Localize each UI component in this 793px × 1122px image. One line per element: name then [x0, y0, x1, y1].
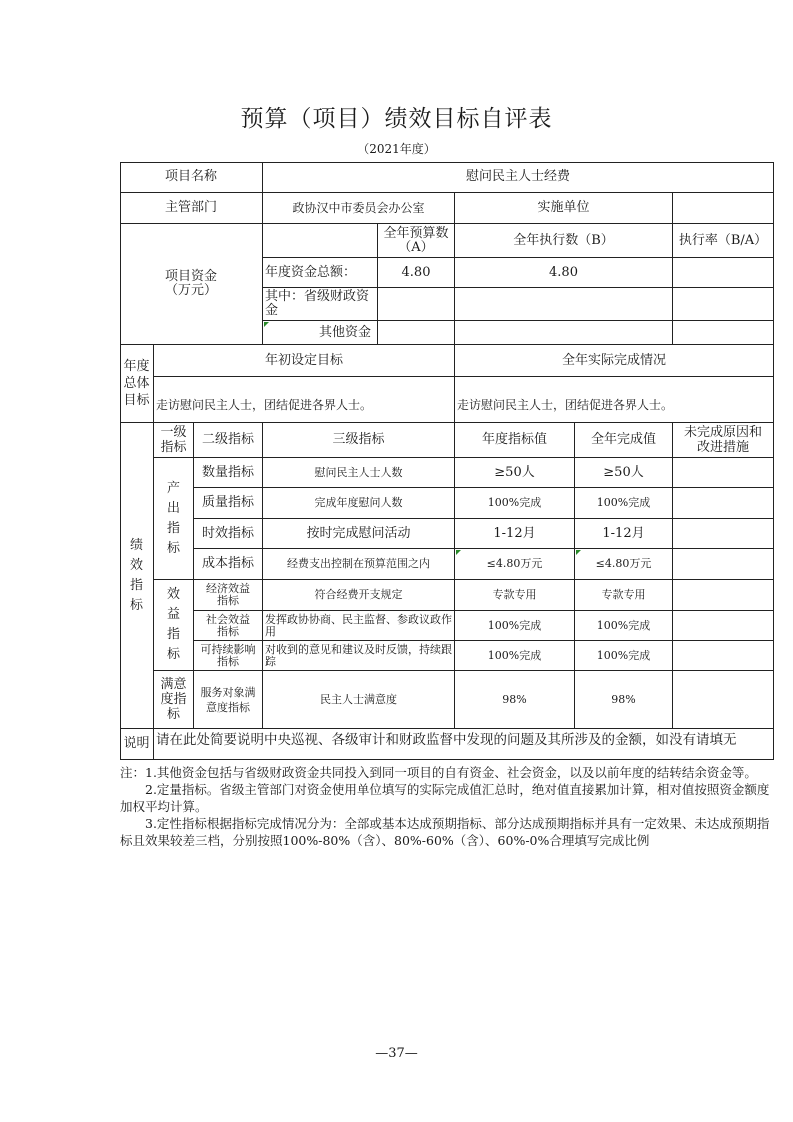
funds-row-provincial-label: 其中：省级财政资金 — [263, 288, 378, 321]
cell-comment-marker-icon — [264, 322, 269, 327]
row-sustainable-reason — [673, 641, 774, 671]
row-economic-target: 专款专用 — [455, 580, 575, 611]
row-sustainable-level2: 可持续影响指标 — [194, 641, 263, 671]
funds-row-provincial-rate — [673, 288, 774, 321]
funds-row-provincial-executed — [455, 288, 673, 321]
document-title: 预算（项目）绩效目标自评表 — [0, 100, 793, 133]
row-quality-level2: 质量指标 — [194, 488, 263, 519]
cell-comment-marker-icon — [576, 550, 581, 555]
row-quantity-target: ≥50人 — [455, 458, 575, 488]
row-sustainable-target: 100%完成 — [455, 641, 575, 671]
header-level2: 二级指标 — [194, 423, 263, 458]
header-target: 年度指标值 — [455, 423, 575, 458]
funds-label-line2: （万元） — [165, 284, 217, 298]
dept-value: 政协汉中市委员会办公室 — [263, 193, 455, 224]
row-timeliness-level2: 时效指标 — [194, 519, 263, 549]
row-social-actual: 100%完成 — [575, 611, 673, 641]
goals-initial-header: 年初设定目标 — [154, 345, 455, 377]
header-actual: 全年完成值 — [575, 423, 673, 458]
impl-unit-value — [673, 193, 774, 224]
row-cost-actual: ≤4.80万元 — [575, 549, 673, 580]
footnotes: 注：1.其他资金包括与省级财政资金共同投入到同一项目的自有资金、社会资金，以及以… — [120, 764, 780, 849]
group-output-label: 产出指标 — [154, 458, 194, 580]
row-social-level3: 发挥政协协商、民主监督、参政议政作用 — [263, 611, 455, 641]
funds-row-other-label: 其他资金 — [263, 321, 378, 345]
evaluation-table: 项目名称 慰问民主人士经费 主管部门 政协汉中市委员会办公室 实施单位 项目资金… — [120, 162, 774, 760]
row-cost-target: ≤4.80万元 — [455, 549, 575, 580]
row-timeliness-level3: 按时完成慰问活动 — [263, 519, 455, 549]
row-timeliness-target: 1-12月 — [455, 519, 575, 549]
impl-unit-label: 实施单位 — [455, 193, 673, 224]
header-level3: 三级指标 — [263, 423, 455, 458]
explanation-text: 请在此处简要说明中央巡视、各级审计和财政监督中发现的问题及其所涉及的金额，如没有… — [154, 729, 774, 760]
project-name-label: 项目名称 — [120, 162, 263, 193]
funds-label: 项目资金 （万元） — [120, 224, 263, 345]
funds-header-budget: 全年预算数（A） — [378, 224, 455, 258]
group-benefit-label: 效益指标 — [154, 580, 194, 671]
row-sustainable-level3: 对收到的意见和建议及时反馈，持续跟踪 — [263, 641, 455, 671]
header-level1: 一级指标 — [154, 423, 194, 458]
row-quality-level3: 完成年度慰问人数 — [263, 488, 455, 519]
row-social-level2: 社会效益指标 — [194, 611, 263, 641]
row-quantity-level2: 数量指标 — [194, 458, 263, 488]
row-sustainable-actual: 100%完成 — [575, 641, 673, 671]
funds-row-provincial-budget — [378, 288, 455, 321]
funds-label-line1: 项目资金 — [165, 270, 217, 284]
row-satisfaction-level2: 服务对象满意度指标 — [194, 671, 263, 729]
funds-header-blank — [263, 224, 378, 258]
row-social-reason — [673, 611, 774, 641]
document-year: （2021年度） — [0, 140, 793, 157]
row-cost-level3: 经费支出控制在预算范围之内 — [263, 549, 455, 580]
goals-actual-header: 全年实际完成情况 — [455, 345, 774, 377]
funds-row-total-label: 年度资金总额： — [263, 258, 378, 288]
row-quality-target: 100%完成 — [455, 488, 575, 519]
row-cost-level2: 成本指标 — [194, 549, 263, 580]
goals-label: 年度总体目标 — [120, 345, 154, 423]
row-quality-reason — [673, 488, 774, 519]
goals-initial-value: 走访慰问民主人士，团结促进各界人士。 — [154, 377, 455, 423]
indicators-section-label: 绩效指标 — [120, 423, 154, 729]
funds-header-executed: 全年执行数（B） — [455, 224, 673, 258]
row-quantity-level3: 慰问民主人士人数 — [263, 458, 455, 488]
row-satisfaction-level3: 民主人士满意度 — [263, 671, 455, 729]
funds-row-total-budget: 4.80 — [378, 258, 455, 288]
page-number: —37— — [0, 1046, 793, 1061]
row-satisfaction-actual: 98% — [575, 671, 673, 729]
row-satisfaction-reason — [673, 671, 774, 729]
row-timeliness-actual: 1-12月 — [575, 519, 673, 549]
explanation-label: 说明 — [120, 729, 154, 760]
funds-row-other-rate — [673, 321, 774, 345]
row-social-target: 100%完成 — [455, 611, 575, 641]
row-economic-actual: 专款专用 — [575, 580, 673, 611]
row-quantity-actual: ≥50人 — [575, 458, 673, 488]
row-quantity-reason — [673, 458, 774, 488]
cell-comment-marker-icon — [456, 550, 461, 555]
row-timeliness-reason — [673, 519, 774, 549]
footnote-1: 注：1.其他资金包括与省级财政资金共同投入到同一项目的自有资金、社会资金，以及以… — [120, 764, 780, 781]
project-name-value: 慰问民主人士经费 — [263, 162, 774, 193]
funds-header-rate: 执行率（B/A） — [673, 224, 774, 258]
goals-actual-value: 走访慰问民主人士，团结促进各界人士。 — [455, 377, 774, 423]
funds-row-other-budget — [378, 321, 455, 345]
group-satisfaction-label: 满意度指标 — [154, 671, 194, 729]
row-satisfaction-target: 98% — [455, 671, 575, 729]
footnote-2: 2.定量指标。省级主管部门对资金使用单位填写的实际完成值汇总时，绝对值直接累加计… — [120, 781, 780, 815]
row-economic-level3: 符合经费开支规定 — [263, 580, 455, 611]
funds-row-total-executed: 4.80 — [455, 258, 673, 288]
funds-row-total-rate — [673, 258, 774, 288]
header-reason: 未完成原因和改进措施 — [673, 423, 774, 458]
row-cost-reason — [673, 549, 774, 580]
dept-label: 主管部门 — [120, 193, 263, 224]
row-quality-actual: 100%完成 — [575, 488, 673, 519]
row-economic-level2: 经济效益指标 — [194, 580, 263, 611]
footnote-3: 3.定性指标根据指标完成情况分为：全部或基本达成预期指标、部分达成预期指标并具有… — [120, 815, 780, 849]
row-economic-reason — [673, 580, 774, 611]
funds-row-other-executed — [455, 321, 673, 345]
